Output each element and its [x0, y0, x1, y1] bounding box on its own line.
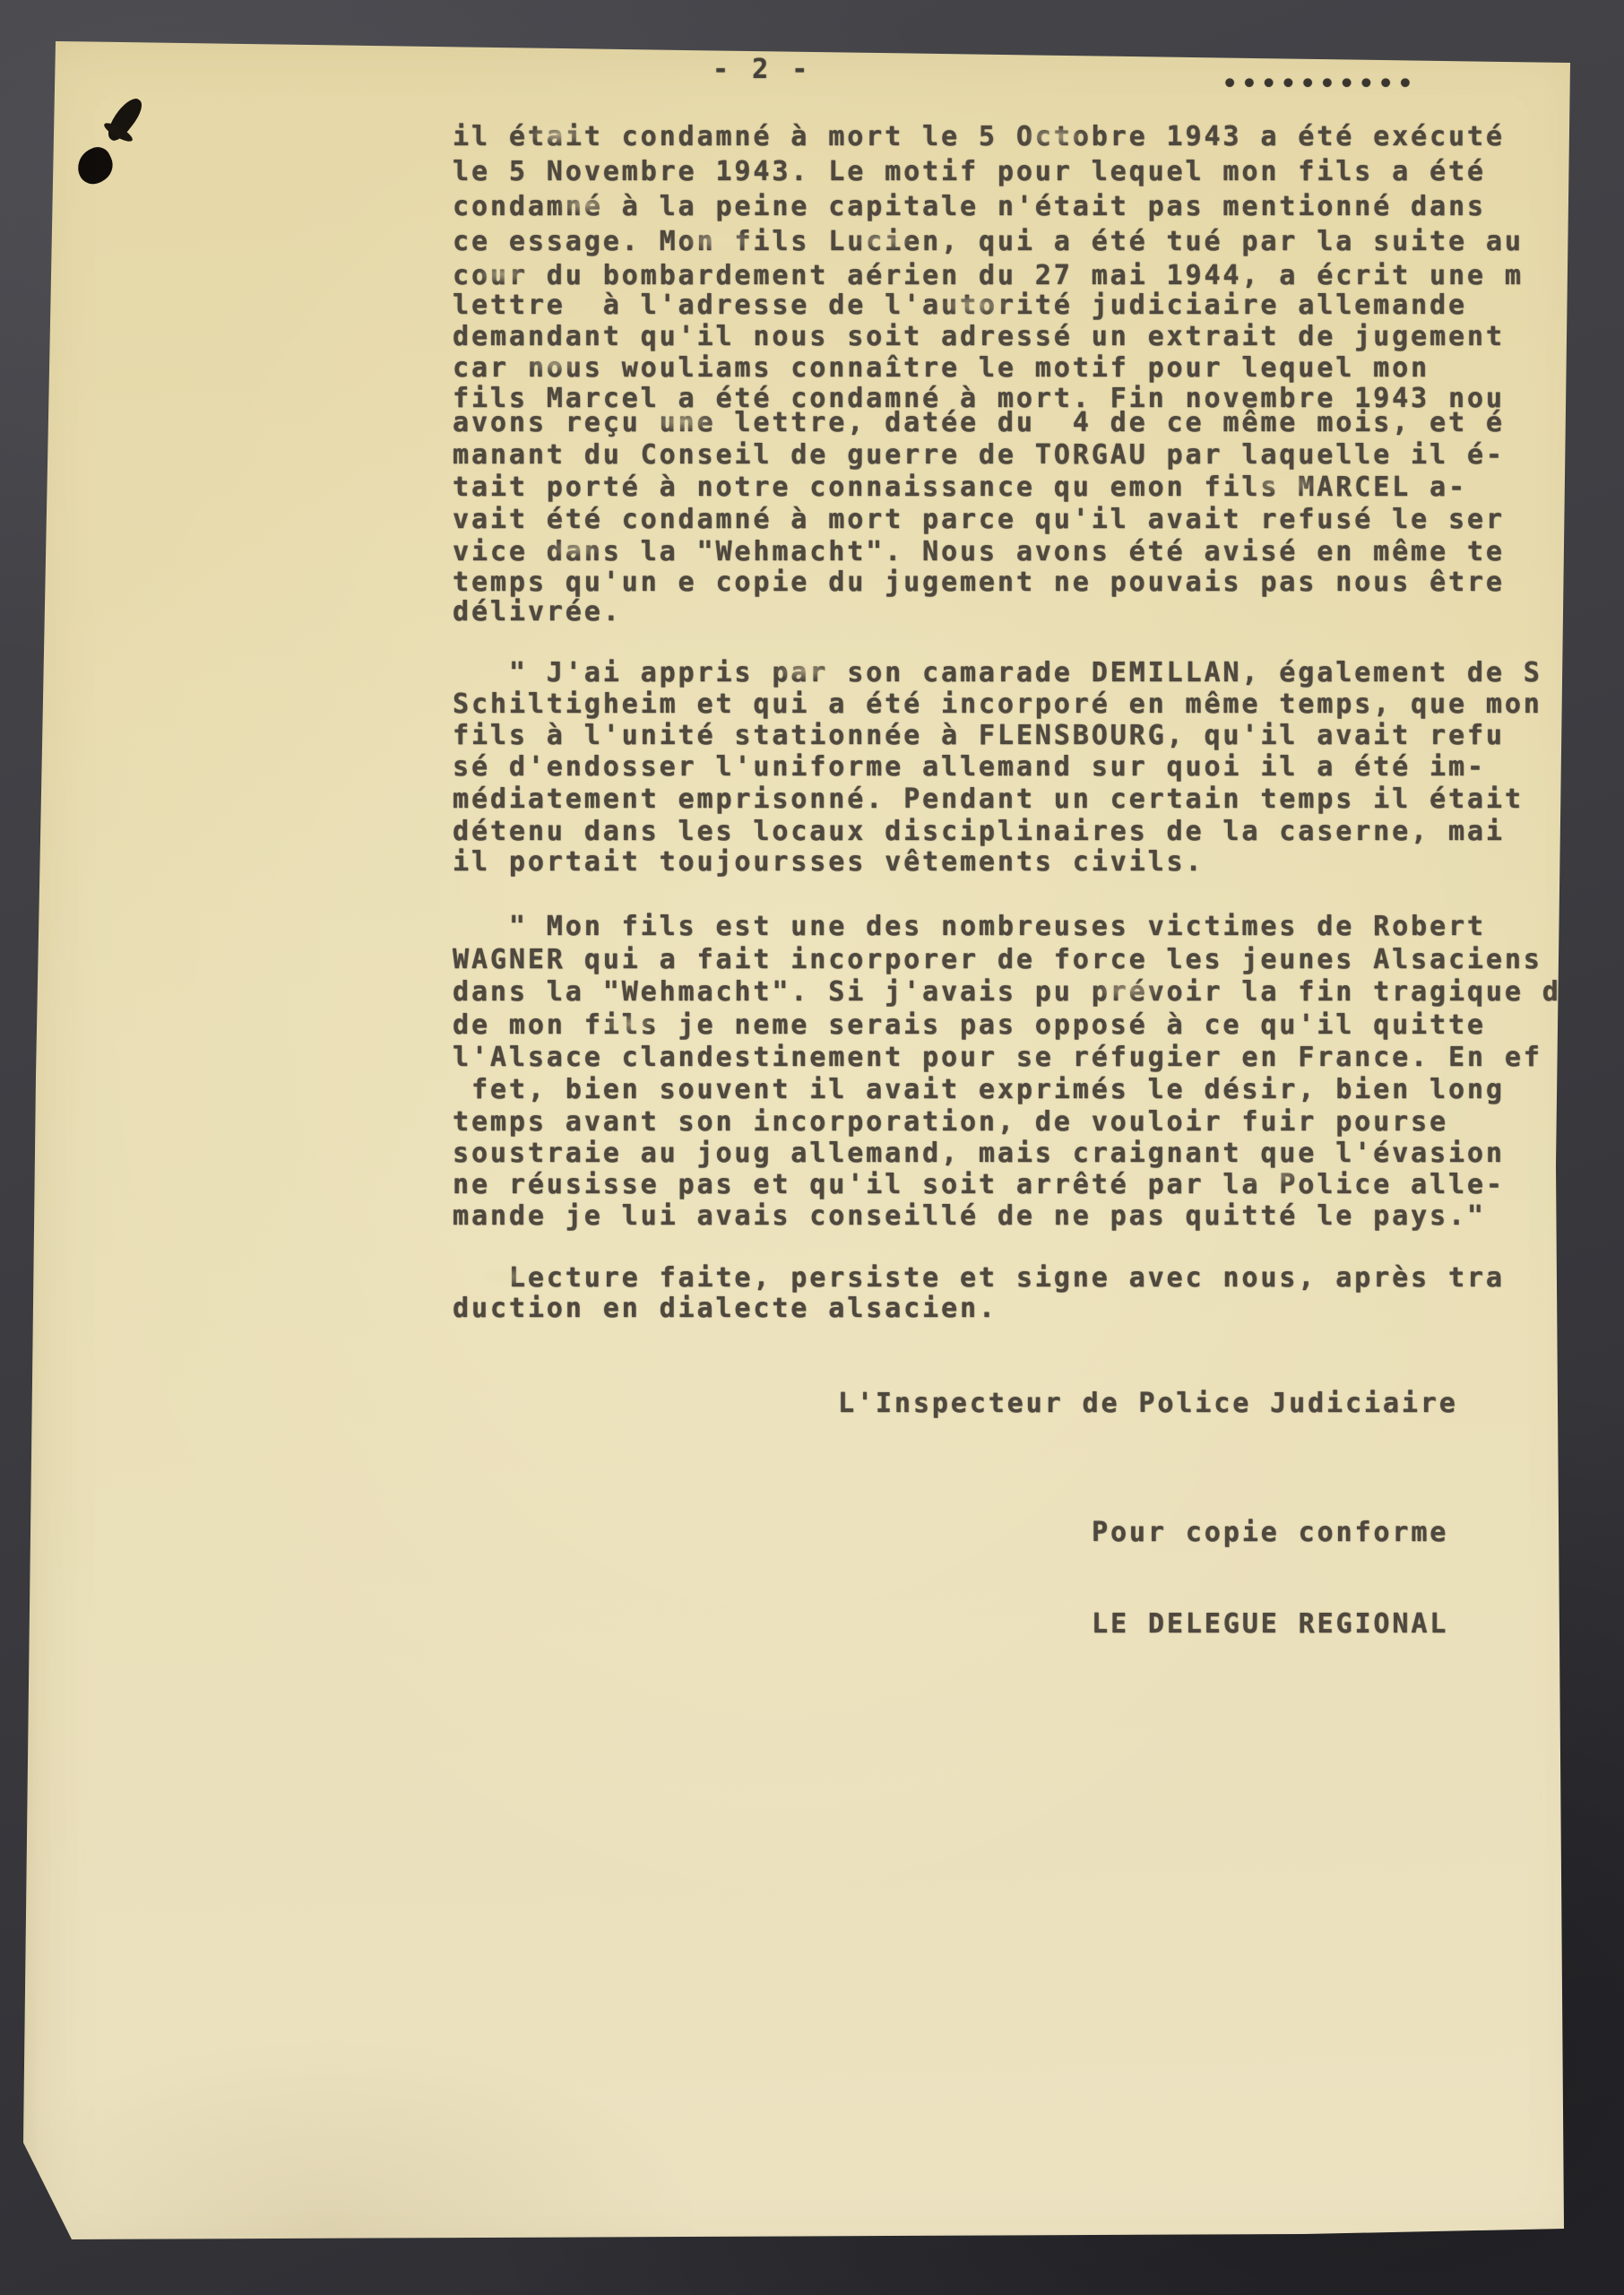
text-line: cour du bombardement aérien du 27 mai 19… — [453, 260, 1524, 292]
text-line: il portait toujoursses vêtements civils. — [453, 846, 1204, 879]
text-line: car nous wouliams connaître le motif pou… — [453, 352, 1430, 385]
header-dots: •••••••••• — [1222, 70, 1418, 98]
text-line: médiatement emprisonné. Pendant un certa… — [453, 784, 1524, 816]
text-line: mande je lui avais conseillé de ne pas q… — [453, 1200, 1486, 1233]
signature-line: Pour copie conforme — [1092, 1517, 1448, 1549]
text-line: ne réusisse pas et qu'il soit arrêté par… — [453, 1169, 1505, 1201]
text-line: ce essage. Mon fils Lucien, qui a été tu… — [453, 226, 1524, 258]
text-line: condamné à la peine capitale n'était pas… — [453, 191, 1486, 223]
text-line: manant du Conseil de guerre de TORGAU pa… — [453, 439, 1505, 472]
paper-sheet: - 2 - •••••••••• il était condamné à mor… — [0, 0, 1624, 2295]
text-line: vice dans la "Wehmacht". Nous avons été … — [453, 536, 1505, 568]
scan-background: - 2 - •••••••••• il était condamné à mor… — [0, 0, 1624, 2295]
text-line: temps qu'un e copie du jugement ne pouva… — [453, 567, 1505, 599]
text-line: Schiltigheim et qui a été incorporé en m… — [453, 688, 1542, 721]
text-line: " Mon fils est une des nombreuses victim… — [453, 911, 1486, 943]
text-line: vait été condamné à mort parce qu'il ava… — [453, 504, 1505, 536]
ink-blot — [102, 94, 148, 144]
text-line: Lecture faite, persiste et signe avec no… — [453, 1262, 1505, 1295]
page-number: - 2 - — [713, 54, 811, 85]
text-line: fils à l'unité stationnée à FLENSBOURG, … — [453, 720, 1505, 752]
text-line: lettre à l'adresse de l'autorité judicia… — [453, 290, 1467, 322]
signature-line: L'Inspecteur de Police Judiciaire — [838, 1388, 1458, 1420]
text-line: il était condamné à mort le 5 Octobre 19… — [453, 121, 1505, 153]
text-line: demandant qu'il nous soit adressé un ext… — [453, 321, 1505, 353]
signature-line: LE DELEGUE REGIONAL — [1092, 1608, 1448, 1641]
text-line: l'Alsace clandestinement pour se réfugie… — [453, 1042, 1542, 1074]
text-line: dans la "Wehmacht". Si j'avais pu prévoi… — [453, 976, 1561, 1009]
text-line: temps avant son incorporation, de vouloi… — [453, 1106, 1448, 1139]
ink-blot — [72, 143, 119, 189]
text-line: " J'ai appris par son camarade DEMILLAN,… — [453, 657, 1542, 689]
text-line: le 5 Novembre 1943. Le motif pour lequel… — [453, 156, 1486, 188]
text-line: délivrée. — [453, 596, 622, 628]
text-line: soustraie au joug allemand, mais craigna… — [453, 1138, 1505, 1170]
ink-blot — [102, 120, 135, 145]
text-line: fet, bien souvent il avait exprimés le d… — [453, 1074, 1505, 1106]
text-line: détenu dans les locaux disciplinaires de… — [453, 816, 1505, 848]
text-line: WAGNER qui a fait incorporer de force le… — [453, 944, 1542, 976]
text-line: sé d'endosser l'uniforme allemand sur qu… — [453, 751, 1486, 784]
text-line: avons reçu une lettre, datée du 4 de ce … — [453, 407, 1505, 439]
text-line: tait porté à notre connaissance qu emon … — [453, 472, 1467, 504]
text-line: duction en dialecte alsacien. — [453, 1293, 998, 1325]
text-line: de mon fils je neme serais pas opposé à … — [453, 1009, 1486, 1042]
